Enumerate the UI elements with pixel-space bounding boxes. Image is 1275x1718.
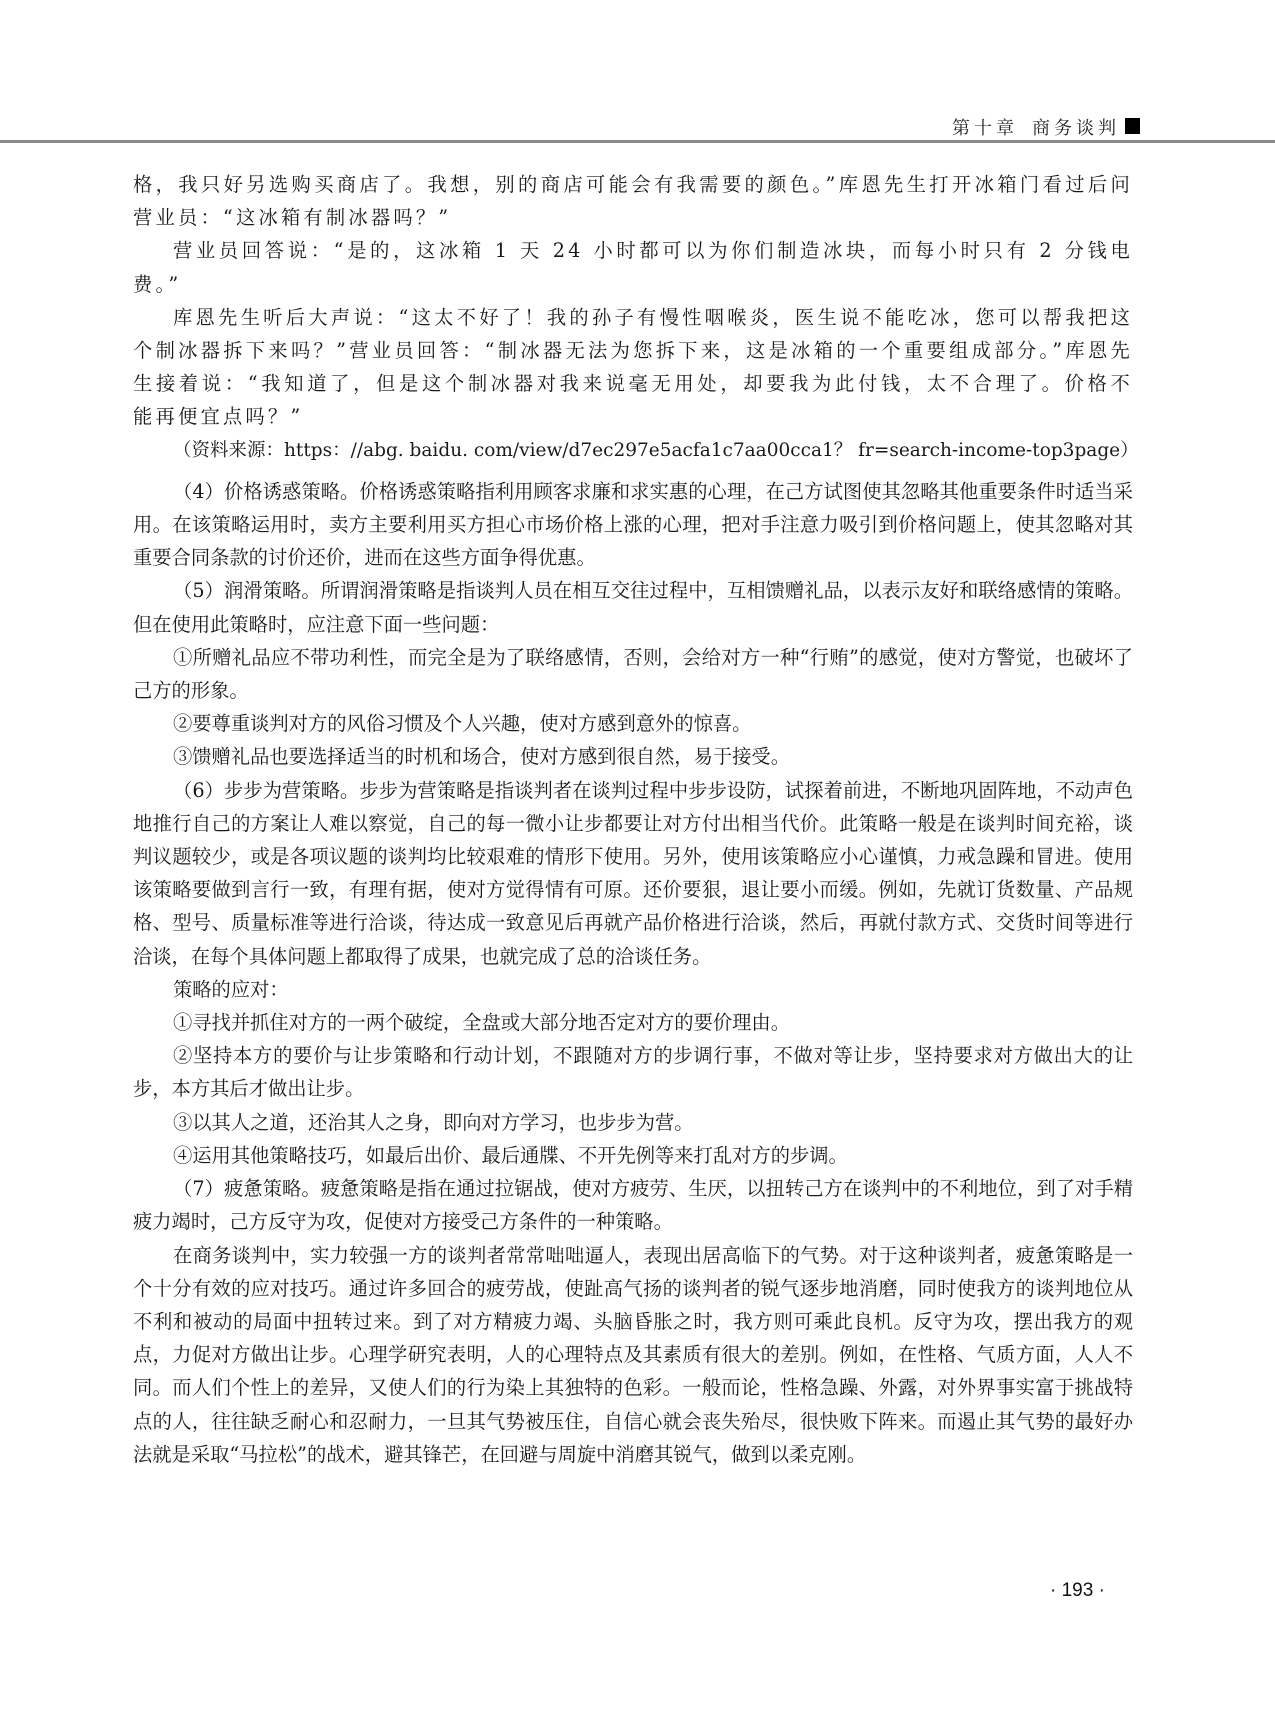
- strategy-4-paragraph: （4）价格诱惑策略。价格诱惑策略指利用顾客求廉和求实惠的心理，在己方试图使其忽略…: [133, 475, 1133, 575]
- running-header: 第十章商务谈判: [0, 112, 1275, 142]
- strategy-5-item-3: ③馈赠礼品也要选择适当的时机和场合，使对方感到很自然，易于接受。: [133, 740, 1133, 773]
- strategy-5-item-1: ①所赠礼品应不带功利性，而完全是为了联络感情，否则，会给对方一种“行贿”的感觉，…: [133, 641, 1133, 707]
- case-paragraph-2: 营业员回答说：“是的，这冰箱 1 天 24 小时都可以为你们制造冰块，而每小时只…: [133, 234, 1133, 300]
- page-body: 格，我只好另选购买商店了。我想，别的商店可能会有我需要的颜色。”库恩先生打开冰箱…: [133, 168, 1133, 1471]
- source-citation: （资料来源：https：//abg. baidu. com/view/d7ec2…: [133, 434, 1133, 467]
- case-paragraph-3: 库恩先生听后大声说：“这太不好了！我的孙子有慢性咽喉炎，医生说不能吃冰，您可以帮…: [133, 301, 1133, 434]
- strategy-7-detail-paragraph: 在商务谈判中，实力较强一方的谈判者常常咄咄逼人，表现出居高临下的气势。对于这种谈…: [133, 1239, 1133, 1471]
- strategy-5-paragraph: （5）润滑策略。所谓润滑策略是指谈判人员在相互交往过程中，互相馈赠礼品，以表示友…: [133, 574, 1133, 640]
- strategy-6-response-3: ③以其人之道，还治其人之身，即向对方学习，也步步为营。: [133, 1106, 1133, 1139]
- strategy-6-paragraph: （6）步步为营策略。步步为营策略是指谈判者在谈判过程中步步设防，试探着前进，不断…: [133, 774, 1133, 973]
- header-chapter: 第十章: [952, 118, 1018, 139]
- strategy-6-response-heading: 策略的应对：: [133, 973, 1133, 1006]
- strategy-6-response-4: ④运用其他策略技巧，如最后出价、最后通牒、不开先例等来打乱对方的步调。: [133, 1139, 1133, 1172]
- strategy-5-item-2: ②要尊重谈判对方的风俗习惯及个人兴趣，使对方感到意外的惊喜。: [133, 707, 1133, 740]
- strategy-6-response-1: ①寻找并抓住对方的一两个破绽，全盘或大部分地否定对方的要价理由。: [133, 1006, 1133, 1039]
- header-title: 第十章商务谈判: [952, 114, 1120, 140]
- header-rule: [0, 140, 1275, 143]
- case-paragraph-1: 格，我只好另选购买商店了。我想，别的商店可能会有我需要的颜色。”库恩先生打开冰箱…: [133, 168, 1133, 234]
- header-chapter-title: 商务谈判: [1032, 118, 1120, 139]
- page-number: · 193 ·: [1050, 1580, 1105, 1602]
- header-square-icon: [1125, 118, 1140, 134]
- strategy-6-response-2: ②坚持本方的要价与让步策略和行动计划，不跟随对方的步调行事，不做对等让步，坚持要…: [133, 1039, 1133, 1105]
- strategy-7-paragraph: （7）疲惫策略。疲惫策略是指在通过拉锯战，使对方疲劳、生厌，以扭转己方在谈判中的…: [133, 1172, 1133, 1238]
